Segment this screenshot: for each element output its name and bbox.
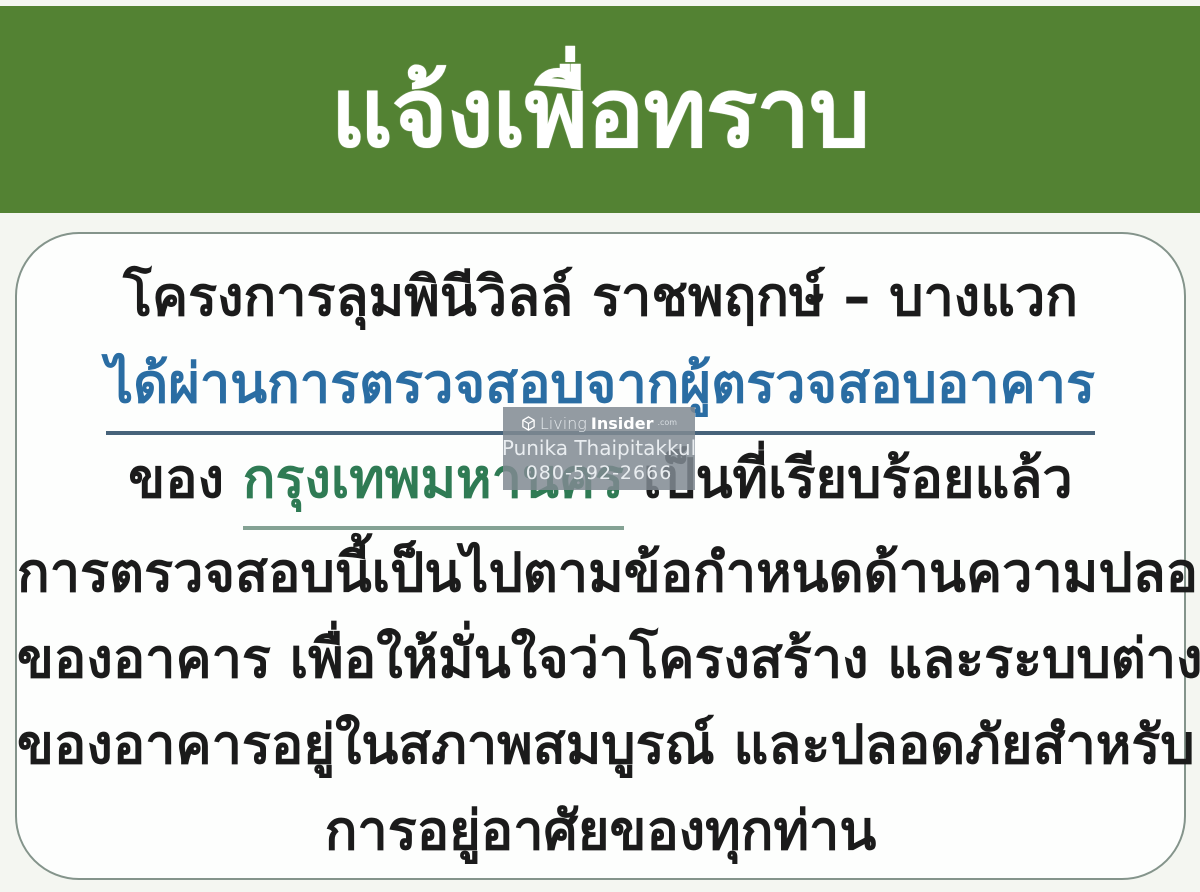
watermark-phone: 080-592-2666 xyxy=(526,461,673,485)
page-title: แจ้งเพื่อทราบ xyxy=(331,37,869,189)
watermark-brand-living: Living xyxy=(540,414,587,434)
notice-line-structure-systems: ของอาคาร เพื่อให้มั่นใจว่าโครงสร้าง และร… xyxy=(17,616,1184,702)
notice-line-building-condition: ของอาคารอยู่ในสภาพสมบูรณ์ และปลอดภัยสำหร… xyxy=(17,702,1184,788)
watermark-brand-tld: .com xyxy=(657,413,677,435)
header-banner: แจ้งเพื่อทราบ xyxy=(0,6,1200,213)
watermark-brand-insider: Insider xyxy=(591,414,654,434)
watermark-box: LivingInsider.com Punika Thaipitakkul 08… xyxy=(503,407,695,490)
cube-logo-icon xyxy=(521,416,536,431)
notice-line-project: โครงการลุมพินีวิลล์ ราชพฤกษ์ – บางแวก xyxy=(17,254,1184,340)
watermark-name: Punika Thaipitakkul xyxy=(502,435,696,461)
watermark-brand: LivingInsider.com xyxy=(521,413,677,435)
notice-box: โครงการลุมพินีวิลล์ ราชพฤกษ์ – บางแวก ได… xyxy=(15,232,1186,880)
announcement-page: แจ้งเพื่อทราบ โครงการลุมพินีวิลล์ ราชพฤก… xyxy=(0,0,1200,892)
notice-line-safety-requirements: การตรวจสอบนี้เป็นไปตามข้อกำหนดด้านความปล… xyxy=(17,530,1184,616)
bangkok-line-prefix: ของ xyxy=(128,447,243,510)
notice-line-residents: การอยู่อาศัยของทุกท่าน xyxy=(17,788,1184,874)
